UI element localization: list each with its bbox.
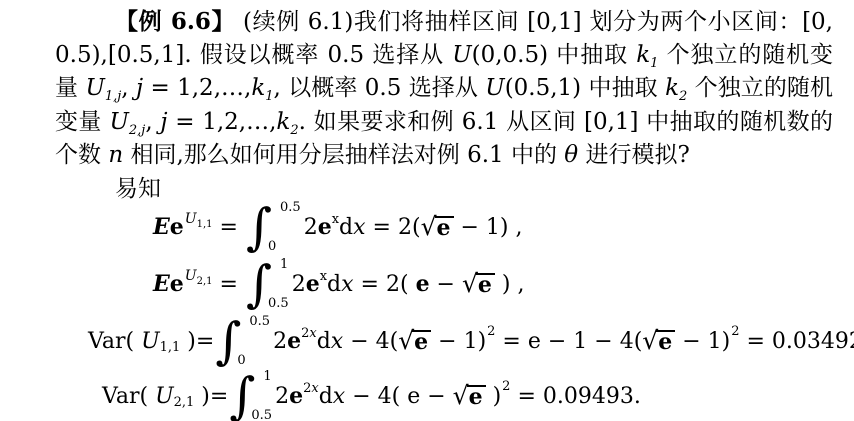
var-U: U (485, 75, 504, 101)
coefficient: 2 (273, 329, 287, 354)
text-line-1: 【例 6.6】 (续例 6.1)我们将抽样区间 [0,1] 划分为两个小区间：[… (55, 5, 833, 39)
line1-text: (续例 6.1)我们将抽样区间 [0,1] 划分为两个小区间：[0, (235, 9, 833, 35)
exponent-x: x (309, 326, 316, 341)
line4-text-4: . 如果要求和例 6.1 从区间 [0,1] 中抽取的随机数的 (299, 109, 833, 135)
const-e: e (170, 271, 184, 297)
var-U-sub: 2,j (129, 123, 145, 138)
integral-lower-limit: 0.5 (268, 297, 289, 310)
formula-expectation-u11: EeU1,1 = ∫0.50 2exdx = 2(√e − 1) , (153, 199, 523, 255)
var-k: k (251, 75, 265, 101)
formula-variance-u11: Var( U1,1 )= ∫0.50 2e2xdx − 4(√e − 1)2 =… (88, 313, 854, 369)
integral-upper-limit: 1 (272, 258, 289, 271)
const-e: e (287, 328, 301, 354)
const-e: e (170, 214, 184, 240)
var-function: Var( (102, 384, 155, 409)
var-j: j (160, 109, 167, 135)
exponent-x: x (332, 212, 339, 227)
integral-limits: 0.50 (241, 315, 270, 367)
radicand-e: e (467, 385, 486, 407)
var-U: U (141, 329, 160, 354)
formula-expectation-u21: EeU2,1 = ∫10.5 2exdx = 2( e − √e ) , (153, 256, 524, 312)
text-line-2: 0.5),[0.5,1]. 假设以概率 0.5 选择从 U(0,0.5) 中抽取… (55, 39, 833, 73)
equals-sign: = (373, 215, 391, 240)
example-paragraph: 【例 6.6】 (续例 6.1)我们将抽样区间 [0,1] 划分为两个小区间：[… (55, 5, 833, 206)
radicand-e: e (656, 330, 675, 352)
formula-variance-u21: Var( U2,1 )= ∫10.5 2e2xdx − 4( e − √e )2… (102, 368, 641, 421)
integral: ∫10.5 (246, 258, 289, 310)
close-paren-equals: )= (194, 384, 228, 409)
close-paren-equals: )= (180, 329, 214, 354)
line3-text-6: 个独立的随机 (687, 75, 833, 101)
line5-text-2: 相同,那么如何用分层抽样法对例 6.1 中的 (123, 142, 564, 168)
var-U: U (155, 384, 174, 409)
radical-sign: √ (462, 273, 478, 295)
const-e: e (416, 271, 430, 297)
integral-limits: 10.5 (272, 258, 289, 310)
result-suffix: ) , (495, 272, 525, 297)
radical-sign: √ (642, 330, 658, 352)
var-theta: θ (564, 142, 578, 168)
integral-upper-limit: 0.5 (241, 315, 270, 328)
line2-text-3: 个独立的随机变 (658, 42, 833, 68)
var-x: x (331, 329, 343, 354)
integral-upper-limit: 1 (255, 370, 272, 383)
squared-exponent: 2 (486, 324, 495, 339)
exponent-group: U1,1 (185, 211, 213, 227)
line4-text-1: 变量 (55, 109, 110, 135)
var-x: x (341, 272, 353, 297)
var-U: U (452, 42, 471, 68)
sqrt-radical: √e (398, 330, 431, 352)
var-k: k (636, 42, 650, 68)
sup-var-U: U (185, 268, 197, 284)
differential-d: d (327, 272, 341, 297)
example-label: 【例 6.6】 (115, 8, 235, 35)
integral-lower-limit: 0 (237, 354, 245, 367)
term-tail: ) (486, 384, 502, 409)
const-e: e (318, 214, 332, 240)
var-k: k (665, 75, 679, 101)
equals-sign: = (220, 215, 238, 240)
line4-text-2: , (145, 109, 160, 135)
differential-d: d (339, 215, 353, 240)
text-line-5: 个数 n 相同,那么如何用分层抽样法对例 6.1 中的 θ 进行模拟? (55, 139, 833, 173)
yizhi-label: 易知 (115, 176, 161, 202)
text-line-4: 变量 U2,j, j = 1,2,…,k2. 如果要求和例 6.1 从区间 [0… (55, 106, 833, 140)
line2-text-2: (0,0.5) 中抽取 (472, 42, 637, 68)
line3-text-1: 量 (55, 75, 85, 101)
sup-var-U: U (185, 211, 197, 227)
sqrt-radical: √e (453, 385, 486, 407)
line4-text-3: = 1,2,…, (168, 109, 277, 135)
coefficient: 2 (275, 384, 289, 409)
const-e: e (289, 383, 303, 409)
var-function: Var( (88, 329, 141, 354)
squared-exponent: 2 (501, 379, 510, 394)
term-tail: − 1) (675, 329, 730, 354)
exponent-x: x (320, 269, 327, 284)
minus-term: − 4( (343, 329, 398, 354)
exponent-x: x (311, 381, 318, 396)
sqrt-radical: √e (462, 273, 495, 295)
textbook-page: 【例 6.6】 (续例 6.1)我们将抽样区间 [0,1] 划分为两个小区间：[… (0, 0, 854, 421)
integral-limits: 0.50 (272, 201, 301, 253)
exponent-2x: 2x (303, 381, 319, 396)
differential-d: d (317, 329, 331, 354)
differential-d: d (319, 384, 333, 409)
exponent-group: U2,1 (185, 268, 213, 284)
radicand-e: e (412, 330, 431, 352)
integral-upper-limit: 0.5 (272, 201, 301, 214)
squared-exponent: 2 (730, 324, 739, 339)
sup-var-U-sub: 2,1 (197, 276, 213, 287)
var-E: E (153, 214, 170, 240)
var-U-sub: 2,1 (174, 395, 195, 410)
var-U-sub: 1,1 (160, 340, 181, 355)
radicand-e: e (476, 273, 495, 295)
integral-lower-limit: 0 (268, 240, 276, 253)
equals-expansion: = e − 1 − 4( (495, 329, 642, 354)
radical-sign: √ (398, 330, 414, 352)
exponent-2x: 2x (301, 326, 317, 341)
sup-var-U-sub: 1,1 (197, 219, 213, 230)
line3-text-4: , 以概率 0.5 选择从 (274, 75, 486, 101)
text-line-3: 量 U1,j, j = 1,2,…,k1, 以概率 0.5 选择从 U(0.5,… (55, 72, 833, 106)
var-n: n (108, 142, 123, 168)
integral: ∫0.50 (215, 315, 270, 367)
equals-sign: = (220, 272, 238, 297)
integral-limits: 10.5 (255, 370, 272, 421)
line5-text-1: 个数 (55, 142, 108, 168)
var-U: U (85, 75, 104, 101)
result-prefix: 2( (398, 215, 421, 240)
minus-term: − 4( e − (345, 384, 452, 409)
result-suffix: − 1) , (454, 215, 523, 240)
var-k-sub: 2 (290, 123, 298, 138)
sqrt-radical: √e (642, 330, 675, 352)
result-value: = 0.03492 , (740, 329, 854, 354)
result-prefix: 2( (386, 272, 416, 297)
line5-text-3: 进行模拟? (578, 142, 690, 168)
result-value: = 0.09493. (510, 384, 640, 409)
var-U-sub: 1,j (105, 89, 121, 104)
radical-sign: √ (453, 385, 469, 407)
var-U: U (110, 109, 129, 135)
integral: ∫0.50 (246, 201, 301, 253)
radicand-e: e (435, 216, 454, 238)
line3-text-2: , (121, 75, 136, 101)
integral: ∫10.5 (229, 370, 272, 421)
term-tail: − 1) (431, 329, 486, 354)
var-k: k (276, 109, 290, 135)
const-e: e (306, 271, 320, 297)
var-x: x (333, 384, 345, 409)
var-E: E (153, 271, 170, 297)
line3-text-3: = 1,2,…, (143, 75, 251, 101)
var-x: x (353, 215, 365, 240)
coefficient: 2 (304, 215, 318, 240)
integral-lower-limit: 0.5 (251, 409, 272, 421)
line2-text-1: 0.5),[0.5,1]. 假设以概率 0.5 选择从 (55, 42, 452, 68)
minus-sign: − (430, 272, 462, 297)
coefficient: 2 (292, 272, 306, 297)
radical-sign: √ (421, 216, 437, 238)
sqrt-radical: √e (421, 216, 454, 238)
var-k-sub: 1 (265, 89, 273, 104)
line3-text-5: (0.5,1) 中抽取 (505, 75, 665, 101)
equals-sign: = (361, 272, 379, 297)
